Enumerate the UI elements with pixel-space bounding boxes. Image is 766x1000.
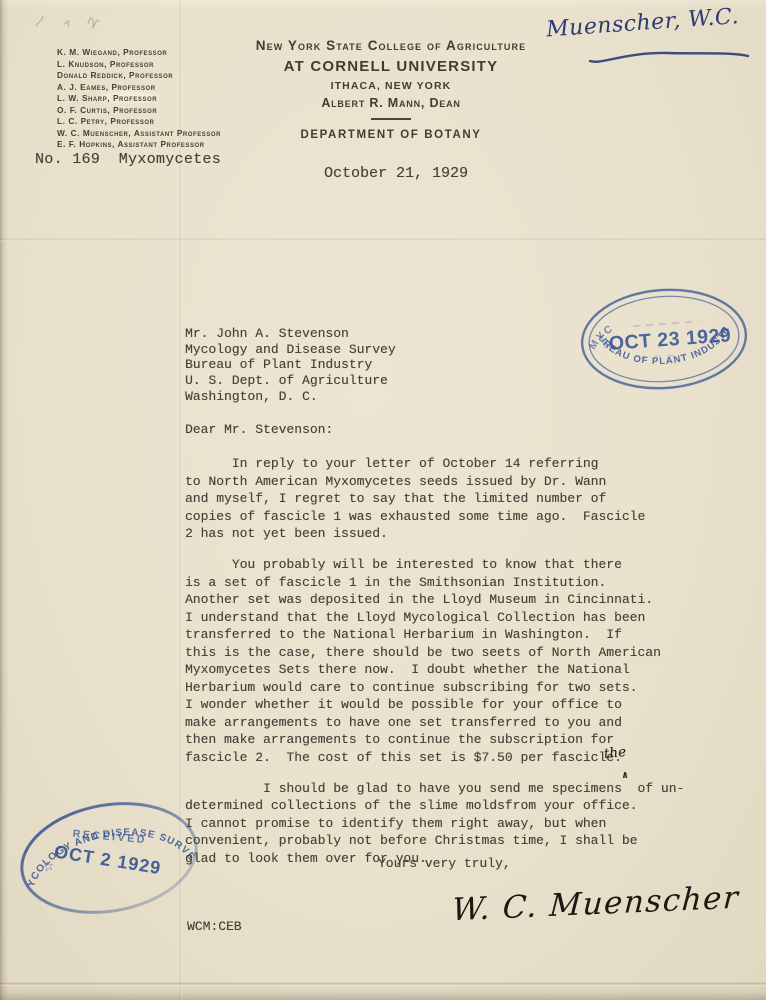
handwritten-filing-note: Muenscher, W.C. [545, 3, 761, 43]
letterhead-divider [371, 118, 411, 120]
stamp-date: OCT 2 1929 [53, 841, 163, 878]
letter-page: K. M. Wiegand, Professor L. Knudson, Pro… [0, 0, 766, 1000]
department-name: DEPARTMENT OF BOTANY [238, 129, 544, 141]
stamp-arc-top-text: MYCOLOGY AND DISEASE SURVEY [16, 796, 198, 894]
insertion-caret-mark: ∧ [622, 768, 628, 786]
reference-number: No. 169 Myxomycetes [35, 151, 221, 168]
institution-subtitle: AT CORNELL UNIVERSITY [238, 58, 544, 75]
svg-text:MYCOLOGY AND DISEASE SURVEY: MYCOLOGY AND DISEASE SURVEY [16, 796, 198, 894]
faculty-line: L. Knudson, Professor [57, 59, 221, 71]
bottom-fold-crease [0, 982, 766, 986]
complimentary-closing: Yours very truly, [378, 856, 511, 871]
received-stamp-bureau-plant-industry: MYC ☆ OCT 23 1929 BUREAU OF PLANT INDUST… [578, 286, 750, 392]
faculty-line: W. C. Muenscher, Assistant Professor [57, 128, 221, 140]
letter-date: October 21, 1929 [324, 165, 468, 182]
handwritten-inserted-word: the [603, 744, 627, 764]
letterhead-faculty-list: K. M. Wiegand, Professor L. Knudson, Pro… [57, 47, 221, 151]
handwritten-underline-flourish [584, 44, 754, 68]
pencil-marks [30, 8, 150, 38]
institution-name: New York State College of Agriculture [238, 38, 544, 53]
horizontal-fold-crease [0, 238, 766, 242]
faculty-line: E. F. Hopkins, Assistant Professor [57, 139, 221, 151]
faculty-line: Donald Reddick, Professor [57, 70, 221, 82]
faculty-line: L. C. Petry, Professor [57, 116, 221, 128]
dean-name: Albert R. Mann, Dean [238, 96, 544, 110]
faculty-line: O. F. Curtis, Professor [57, 105, 221, 117]
faculty-line: A. J. Eames, Professor [57, 82, 221, 94]
recipient-address: Mr. John A. Stevenson Mycology and Disea… [185, 326, 396, 405]
typist-initials: WCM:CEB [187, 919, 242, 934]
body-paragraph-3-text: I should be glad to have you send me spe… [185, 781, 684, 866]
body-paragraph-2: You probably will be interested to know … [185, 556, 685, 766]
institution-location: ITHACA, NEW YORK [238, 80, 544, 92]
body-paragraph-1: In reply to your letter of October 14 re… [185, 455, 685, 543]
faculty-line: K. M. Wiegand, Professor [57, 47, 221, 59]
letterhead: New York State College of Agriculture AT… [238, 38, 544, 141]
salutation: Dear Mr. Stevenson: [185, 422, 333, 437]
faculty-line: L. W. Sharp, Professor [57, 93, 221, 105]
received-stamp-mycology-disease-survey: MYCOLOGY AND DISEASE SURVEY ☆ RECEIVED O… [16, 796, 204, 922]
